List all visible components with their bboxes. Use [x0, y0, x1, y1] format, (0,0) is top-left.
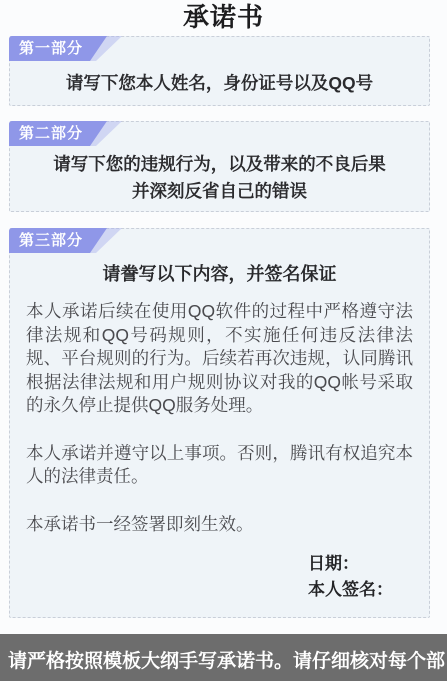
section-box-3: 第三部分 请誊写以下内容，并签名保证 本人承诺后续在使用QQ软件的过程中严格遵守…: [9, 228, 430, 618]
section-2-badge-label: 第二部分: [9, 121, 107, 146]
footer-instruction-text: 请严格按照模板大纲手写承诺书。请仔细核对每个部: [8, 651, 445, 672]
signature-block: 日期： 本人签名：: [26, 551, 413, 603]
signature-label: 本人签名：: [308, 577, 393, 603]
section-1-badge: 第一部分: [9, 36, 107, 61]
footer-instruction-bar: 请严格按照模板大纲手写承诺书。请仔细核对每个部: [0, 634, 447, 681]
section-box-2: 第二部分 请写下您的违规行为，以及带来的不良后果 并深刻反省自己的错误: [9, 121, 430, 212]
section-box-1: 第一部分 请写下您本人姓名，身份证号以及QQ号: [9, 36, 430, 106]
section-3-heading: 请誊写以下内容，并签名保证: [26, 261, 413, 287]
section-2-prompt-line-2: 并深刻反省自己的错误: [10, 178, 429, 205]
section-3-badge: 第三部分: [9, 228, 107, 253]
commitment-paragraph-2: 本人承诺并遵守以上事项。否则，腾讯有权追究本人的法律责任。: [26, 442, 413, 489]
commitment-paragraph-3: 本承诺书一经签署即刻生效。: [26, 513, 413, 537]
page-title: 承诺书: [0, 0, 447, 34]
date-label: 日期：: [308, 551, 393, 577]
commitment-paragraph-1: 本人承诺后续在使用QQ软件的过程中严格遵守法律法规和QQ号码规则，不实施任何违反…: [26, 300, 413, 418]
section-1-prompt: 请写下您本人姓名，身份证号以及QQ号: [10, 70, 429, 97]
section-1-badge-label: 第一部分: [9, 36, 107, 61]
section-2-badge: 第二部分: [9, 121, 107, 146]
section-2-prompt-line-1: 请写下您的违规行为，以及带来的不良后果: [10, 151, 429, 178]
commitment-letter-page: 承诺书 第一部分 请写下您本人姓名，身份证号以及QQ号 第二部分 请写下您的违规…: [0, 0, 447, 681]
section-3-badge-label: 第三部分: [9, 228, 107, 253]
